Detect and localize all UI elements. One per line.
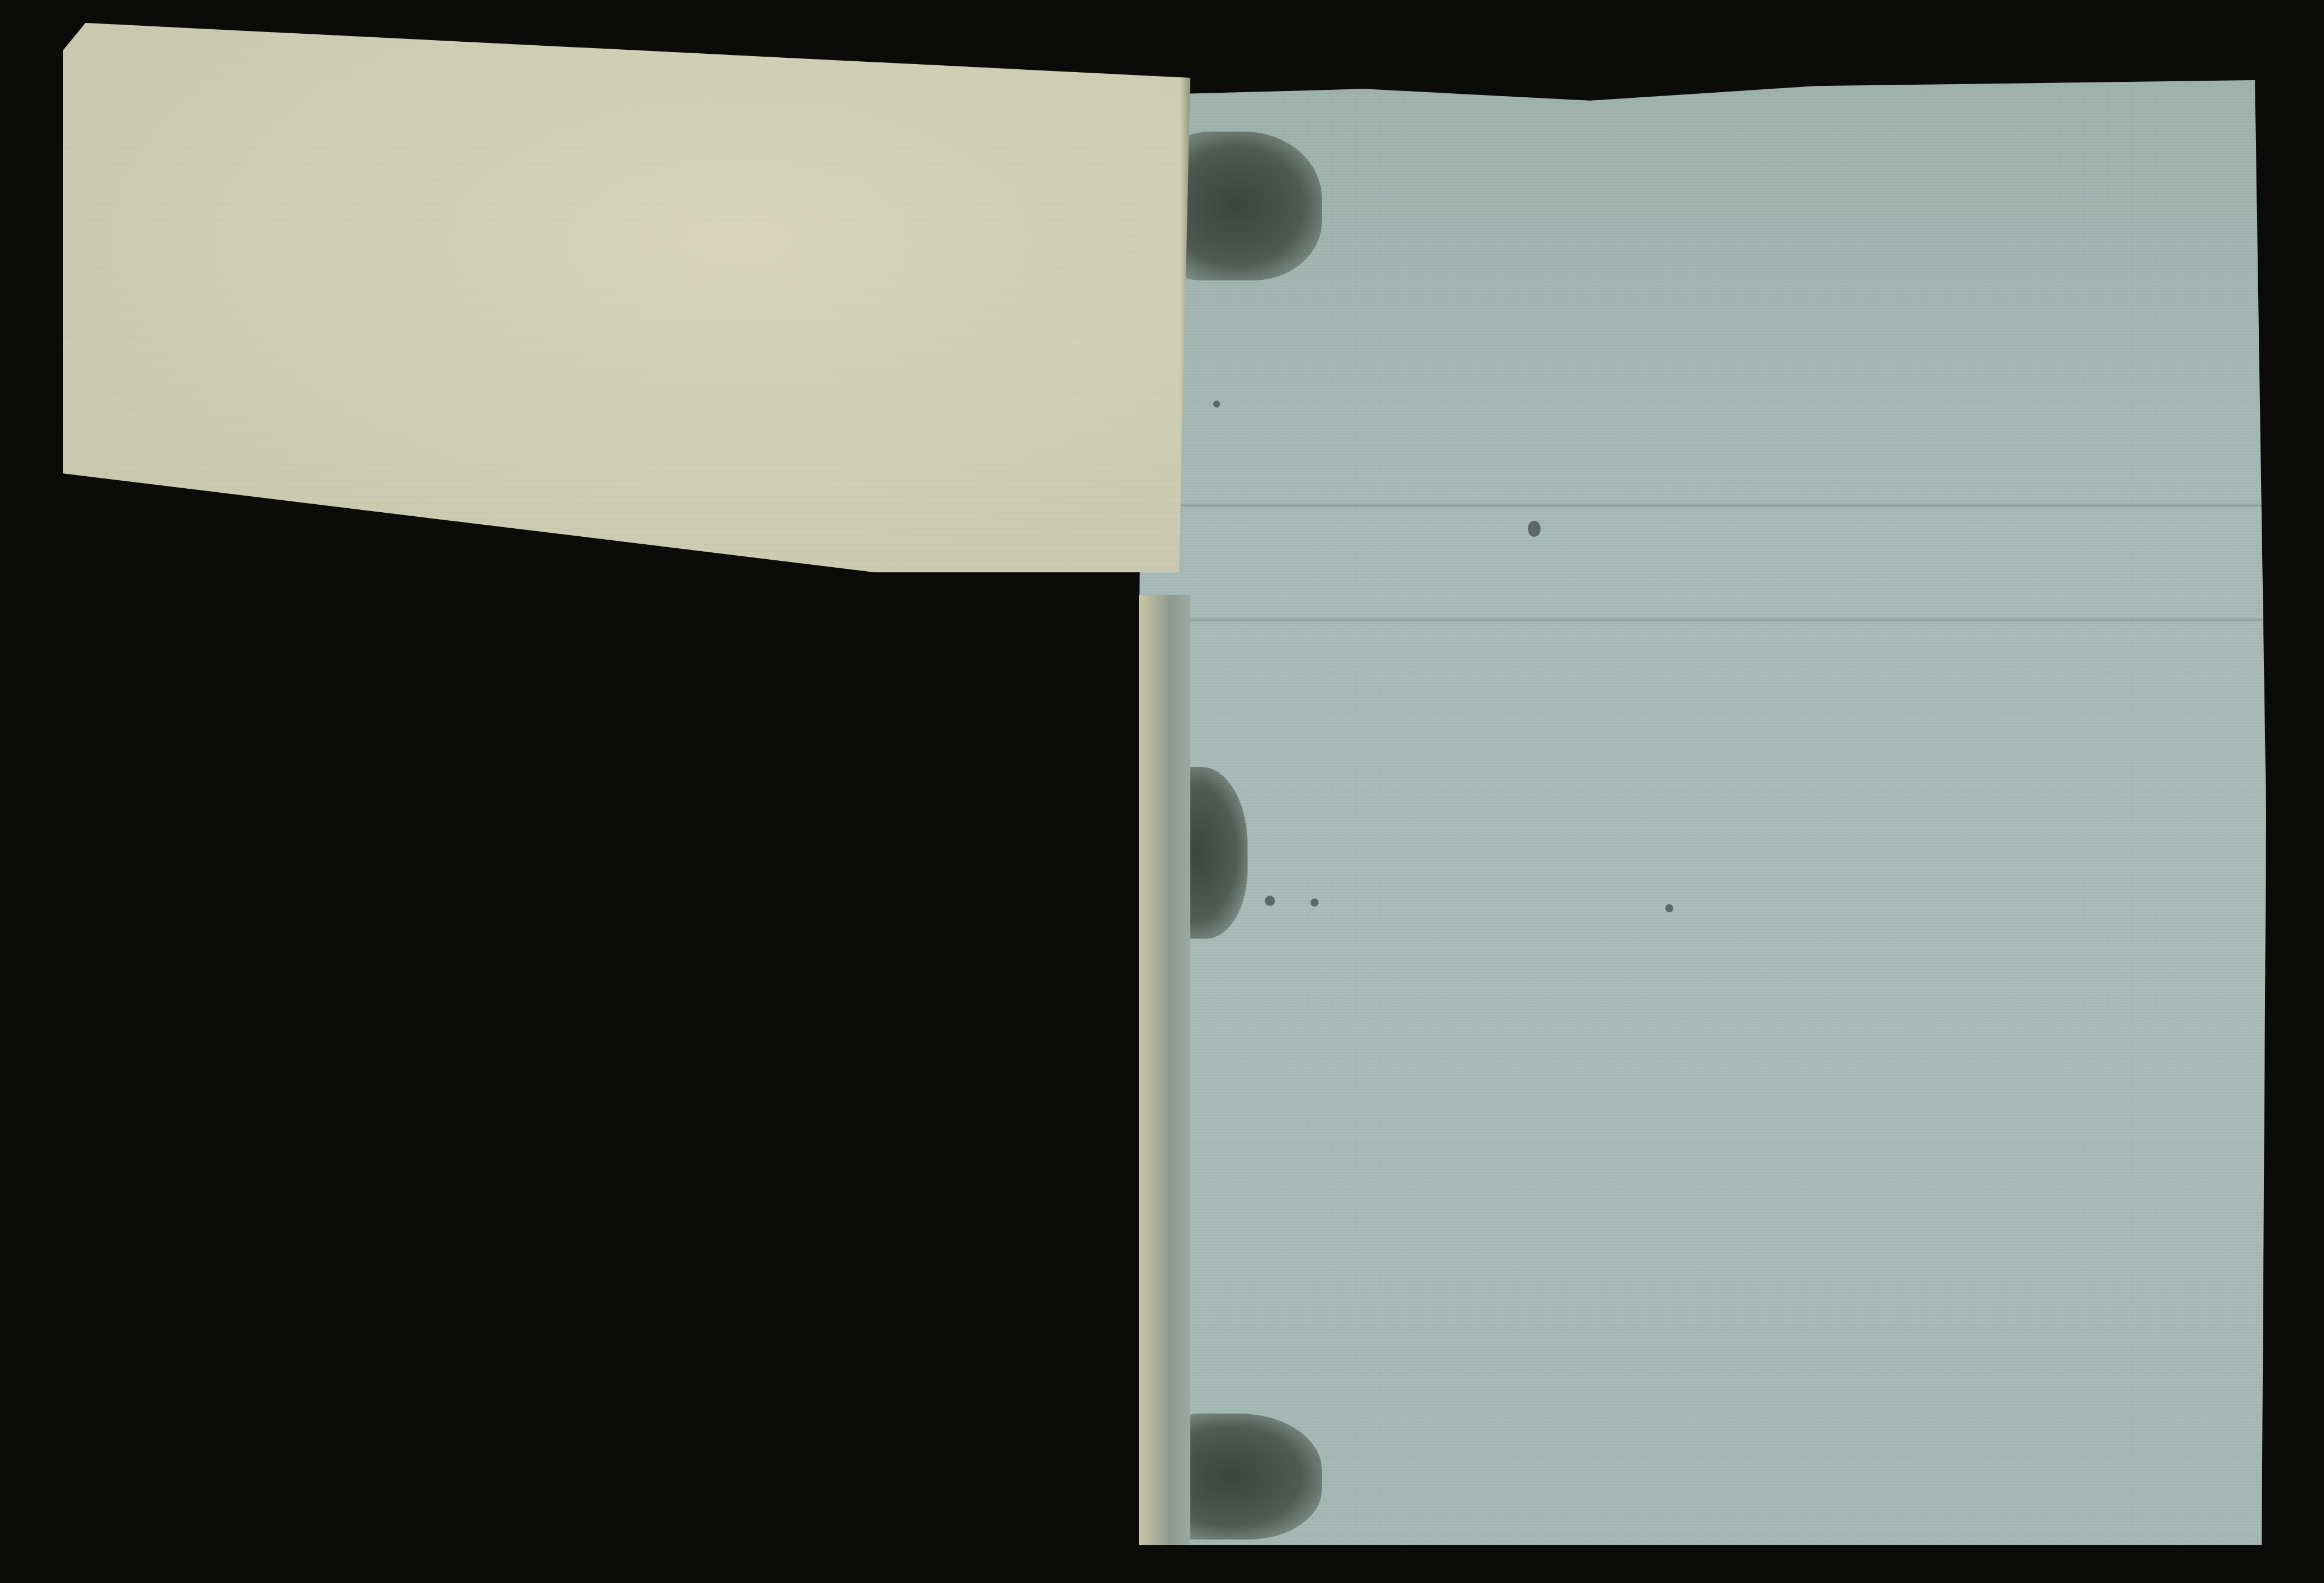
- strip-texture: [63, 23, 1190, 572]
- ink-spot: [1265, 896, 1275, 906]
- paper-texture: [1139, 80, 2266, 1545]
- fold-line-lower: [1139, 618, 2266, 622]
- ink-spot: [1311, 899, 1319, 907]
- blue-paper-sheet: [1139, 80, 2266, 1545]
- ink-spot: [1665, 904, 1673, 912]
- folded-cream-strip: [63, 23, 1190, 572]
- fold-line-upper: [1139, 504, 2266, 507]
- ink-spot: [1213, 401, 1220, 407]
- folio-spine-edge: [1139, 595, 1190, 1545]
- ink-spot: [1528, 521, 1541, 537]
